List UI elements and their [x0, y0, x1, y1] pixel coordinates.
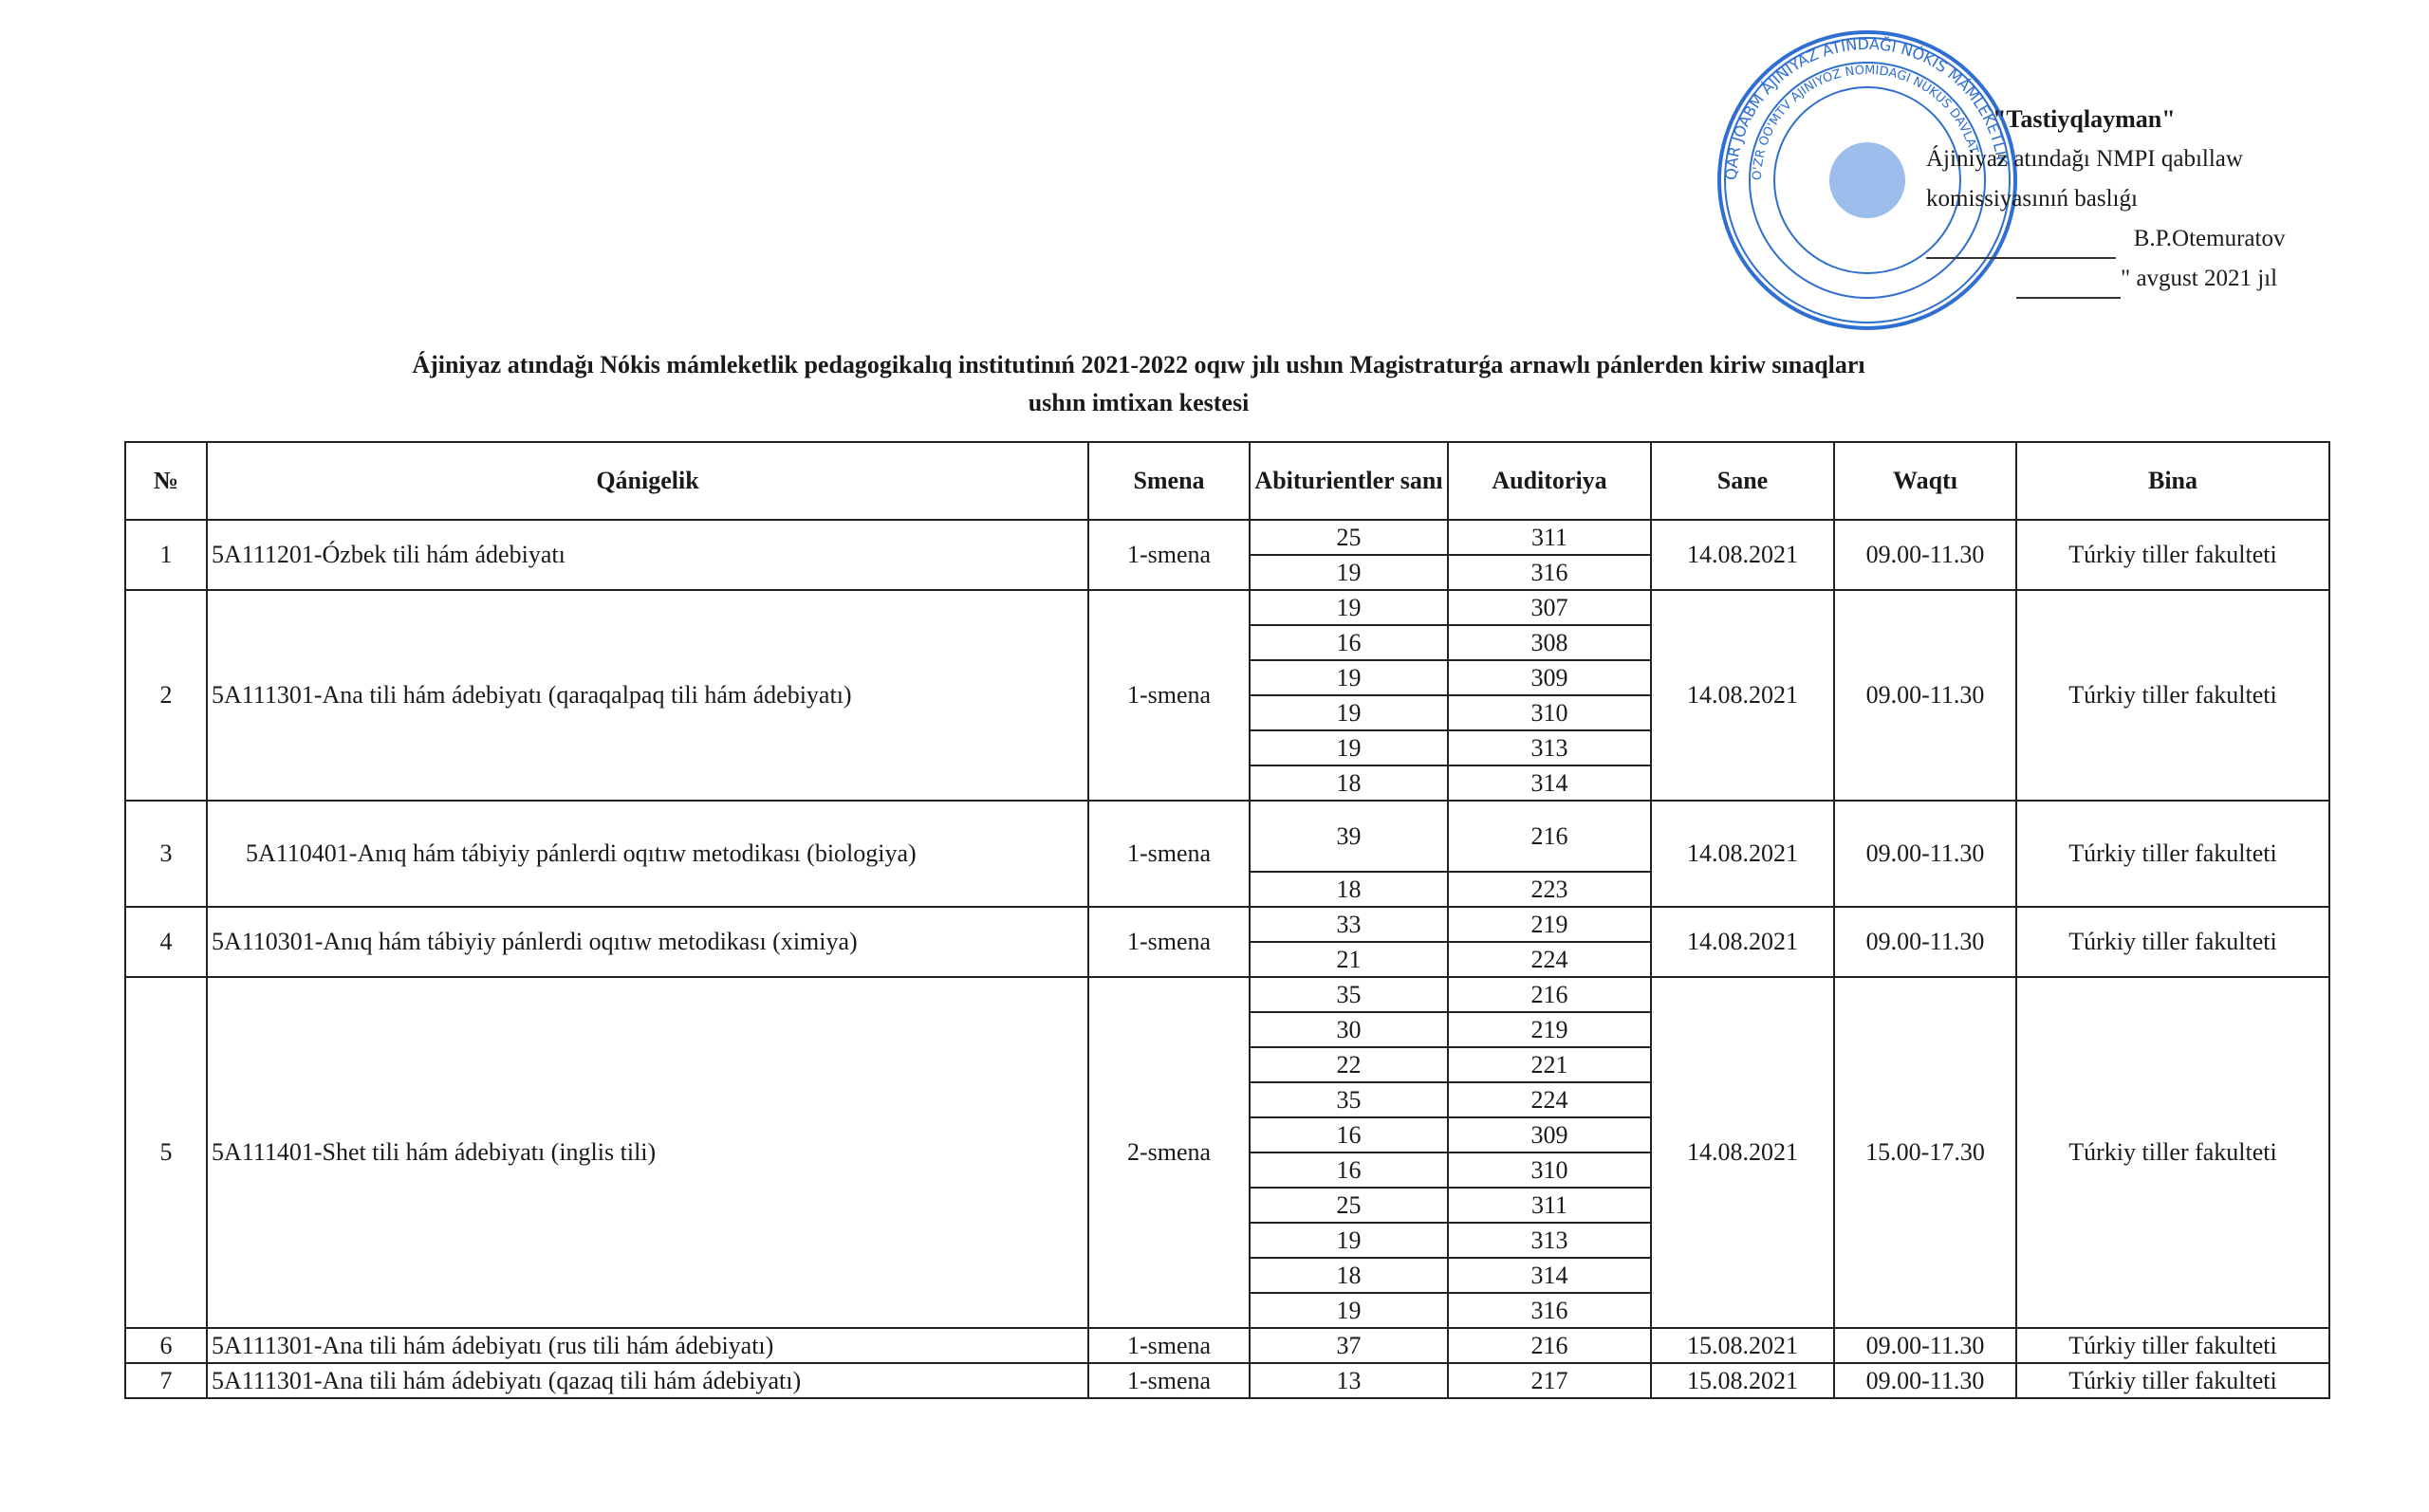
cell-room: 224: [1448, 942, 1651, 977]
table-row: 65A111301-Ana tili hám ádebiyatı (rus ti…: [125, 1328, 2329, 1363]
cell-no: 1: [125, 520, 207, 590]
approval-date: " avgust 2021 jıl: [1926, 259, 2285, 299]
header-building: Bina: [2016, 442, 2329, 520]
signature-line: B.P.Otemuratov: [1926, 219, 2285, 259]
cell-date: 14.08.2021: [1651, 977, 1834, 1328]
cell-applicants: 19: [1250, 1293, 1448, 1328]
cell-applicants: 37: [1250, 1328, 1448, 1363]
cell-applicants: 16: [1250, 1117, 1448, 1152]
cell-room: 310: [1448, 695, 1651, 730]
cell-time: 09.00-11.30: [1834, 520, 2016, 590]
approval-date-text: " avgust 2021 jıl: [2121, 266, 2277, 291]
table-row: 15A111201-Ózbek tili hám ádebiyatı1-smen…: [125, 520, 2329, 555]
header-shift: Smena: [1088, 442, 1250, 520]
cell-applicants: 25: [1250, 1188, 1448, 1223]
header-no: №: [125, 442, 207, 520]
cell-date: 14.08.2021: [1651, 590, 1834, 801]
cell-applicants: 18: [1250, 1258, 1448, 1293]
cell-date: 15.08.2021: [1651, 1328, 1834, 1363]
cell-date: 14.08.2021: [1651, 520, 1834, 590]
cell-room: 307: [1448, 590, 1651, 625]
approval-heading: "Tastiyqlayman": [1926, 100, 2285, 139]
cell-no: 4: [125, 907, 207, 977]
cell-building: Túrkiy tiller fakulteti: [2016, 1363, 2329, 1398]
cell-room: 219: [1448, 907, 1651, 942]
cell-specialty: 5A111401-Shet tili hám ádebiyatı (inglis…: [207, 977, 1088, 1328]
cell-shift: 1-smena: [1088, 590, 1250, 801]
cell-building: Túrkiy tiller fakulteti: [2016, 520, 2329, 590]
cell-time: 15.00-17.30: [1834, 977, 2016, 1328]
cell-no: 7: [125, 1363, 207, 1398]
cell-room: 219: [1448, 1012, 1651, 1047]
signer-name: B.P.Otemuratov: [2134, 226, 2286, 251]
title-line1: Ájiniyaz atındağı Nókis mámleketlik peda…: [114, 346, 2163, 384]
cell-shift: 1-smena: [1088, 1328, 1250, 1363]
cell-room: 316: [1448, 555, 1651, 590]
cell-specialty: 5A110401-Anıq hám tábiyiy pánlerdi oqıtı…: [207, 801, 1088, 907]
cell-room: 224: [1448, 1082, 1651, 1117]
table-row: 45A110301-Anıq hám tábiyiy pánlerdi oqıt…: [125, 907, 2329, 942]
cell-room: 223: [1448, 872, 1651, 907]
cell-applicants: 21: [1250, 942, 1448, 977]
cell-shift: 2-smena: [1088, 977, 1250, 1328]
header-time: Waqtı: [1834, 442, 2016, 520]
cell-room: 314: [1448, 1258, 1651, 1293]
header-applicants: Abiturientler sanı: [1250, 442, 1448, 520]
header-date: Sane: [1651, 442, 1834, 520]
cell-applicants: 16: [1250, 625, 1448, 660]
cell-room: 313: [1448, 730, 1651, 765]
cell-applicants: 19: [1250, 1223, 1448, 1258]
cell-time: 09.00-11.30: [1834, 1363, 2016, 1398]
approval-block: "Tastiyqlayman" Ájiniyaz atındağı NMPI q…: [1926, 100, 2285, 299]
cell-applicants: 19: [1250, 555, 1448, 590]
cell-applicants: 19: [1250, 590, 1448, 625]
cell-room: 308: [1448, 625, 1651, 660]
cell-date: 14.08.2021: [1651, 801, 1834, 907]
cell-building: Túrkiy tiller fakulteti: [2016, 1328, 2329, 1363]
cell-room: 314: [1448, 765, 1651, 801]
approval-line1: Ájiniyaz atındağı NMPI qabıllaw: [1926, 139, 2285, 179]
cell-building: Túrkiy tiller fakulteti: [2016, 977, 2329, 1328]
header-room: Auditoriya: [1448, 442, 1651, 520]
cell-applicants: 18: [1250, 872, 1448, 907]
cell-no: 2: [125, 590, 207, 801]
cell-specialty: 5A111301-Ana tili hám ádebiyatı (qaraqal…: [207, 590, 1088, 801]
cell-no: 3: [125, 801, 207, 907]
cell-room: 216: [1448, 977, 1651, 1012]
cell-room: 311: [1448, 520, 1651, 555]
table-row: 75A111301-Ana tili hám ádebiyatı (qazaq …: [125, 1363, 2329, 1398]
cell-shift: 1-smena: [1088, 520, 1250, 590]
cell-specialty: 5A110301-Anıq hám tábiyiy pánlerdi oqıtı…: [207, 907, 1088, 977]
title-line2: ushın imtixan kestesi: [114, 384, 2163, 422]
cell-time: 09.00-11.30: [1834, 590, 2016, 801]
cell-room: 313: [1448, 1223, 1651, 1258]
exam-schedule-table: № Qánigelik Smena Abiturientler sanı Aud…: [124, 441, 2330, 1399]
table-row: 25A111301-Ana tili hám ádebiyatı (qaraqa…: [125, 590, 2329, 625]
cell-shift: 1-smena: [1088, 907, 1250, 977]
cell-applicants: 19: [1250, 660, 1448, 695]
cell-building: Túrkiy tiller fakulteti: [2016, 907, 2329, 977]
cell-time: 09.00-11.30: [1834, 801, 2016, 907]
cell-date: 15.08.2021: [1651, 1363, 1834, 1398]
cell-building: Túrkiy tiller fakulteti: [2016, 590, 2329, 801]
cell-applicants: 35: [1250, 1082, 1448, 1117]
cell-applicants: 22: [1250, 1047, 1448, 1082]
date-blank: [2016, 297, 2121, 299]
cell-applicants: 19: [1250, 730, 1448, 765]
cell-shift: 1-smena: [1088, 1363, 1250, 1398]
cell-specialty: 5A111301-Ana tili hám ádebiyatı (qazaq t…: [207, 1363, 1088, 1398]
cell-room: 310: [1448, 1152, 1651, 1188]
cell-room: 316: [1448, 1293, 1651, 1328]
cell-no: 5: [125, 977, 207, 1328]
cell-applicants: 18: [1250, 765, 1448, 801]
cell-room: 309: [1448, 1117, 1651, 1152]
table-row: 55A111401-Shet tili hám ádebiyatı (ingli…: [125, 977, 2329, 1012]
cell-applicants: 16: [1250, 1152, 1448, 1188]
header-specialty: Qánigelik: [207, 442, 1088, 520]
cell-applicants: 33: [1250, 907, 1448, 942]
approval-line2: komissiyasınıń baslıǵı: [1926, 179, 2285, 219]
cell-specialty: 5A111301-Ana tili hám ádebiyatı (rus til…: [207, 1328, 1088, 1363]
cell-room: 311: [1448, 1188, 1651, 1223]
cell-applicants: 39: [1250, 801, 1448, 872]
table-header-row: № Qánigelik Smena Abiturientler sanı Aud…: [125, 442, 2329, 520]
cell-applicants: 13: [1250, 1363, 1448, 1398]
cell-shift: 1-smena: [1088, 801, 1250, 907]
cell-room: 221: [1448, 1047, 1651, 1082]
cell-specialty: 5A111201-Ózbek tili hám ádebiyatı: [207, 520, 1088, 590]
cell-time: 09.00-11.30: [1834, 907, 2016, 977]
document-title: Ájiniyaz atındağı Nókis mámleketlik peda…: [114, 346, 2163, 422]
cell-room: 309: [1448, 660, 1651, 695]
cell-applicants: 30: [1250, 1012, 1448, 1047]
table-row: 35A110401-Anıq hám tábiyiy pánlerdi oqıt…: [125, 801, 2329, 872]
cell-applicants: 35: [1250, 977, 1448, 1012]
cell-no: 6: [125, 1328, 207, 1363]
cell-time: 09.00-11.30: [1834, 1328, 2016, 1363]
cell-applicants: 25: [1250, 520, 1448, 555]
cell-applicants: 19: [1250, 695, 1448, 730]
cell-building: Túrkiy tiller fakulteti: [2016, 801, 2329, 907]
cell-room: 216: [1448, 1328, 1651, 1363]
cell-room: 216: [1448, 801, 1651, 872]
cell-room: 217: [1448, 1363, 1651, 1398]
cell-date: 14.08.2021: [1651, 907, 1834, 977]
